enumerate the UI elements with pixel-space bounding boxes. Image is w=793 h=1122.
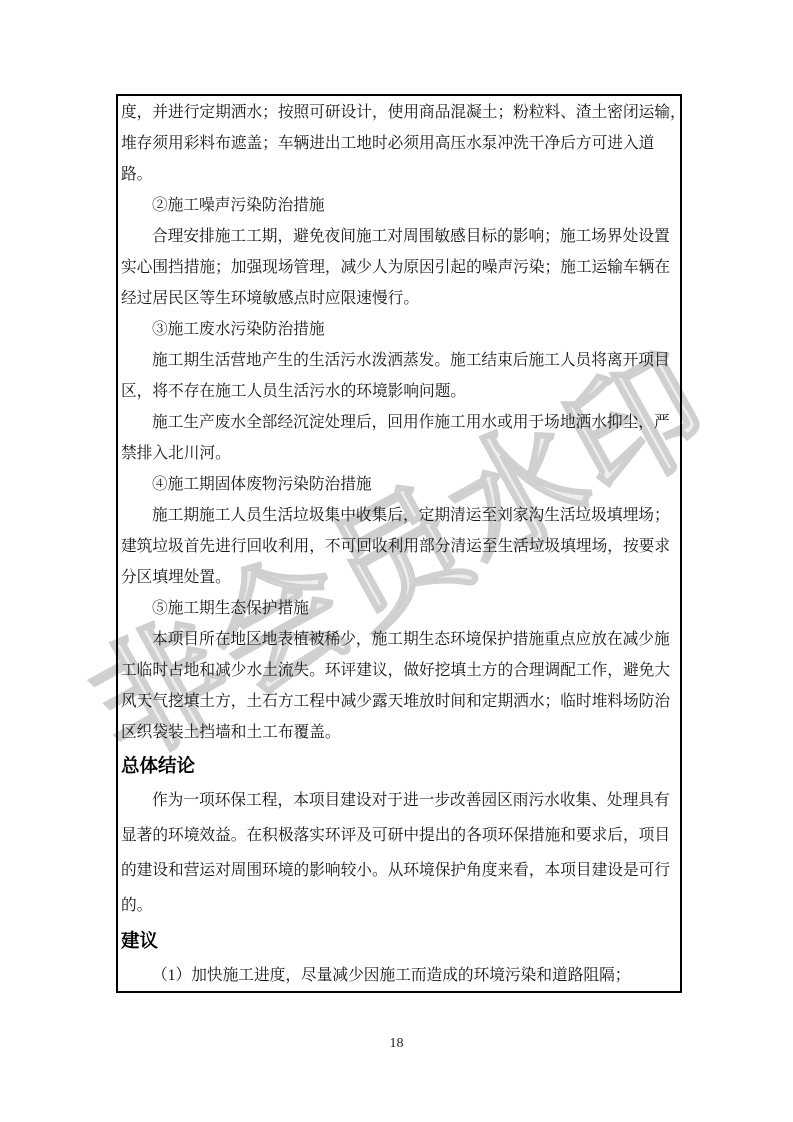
text-line: 区，将不存在施工人员生活污水的环境影响问题。 [121,376,676,407]
page-number: 18 [0,1036,793,1052]
text-line: 显著的环境效益。在积极落实环评及可研中提出的各项环保措施和要求后，项目 [121,818,676,853]
text-line: 建议 [121,923,676,958]
text-line: 施工期施工人员生活垃圾集中收集后，定期清运至刘家沟生活垃圾填埋场； [121,500,676,531]
text-line: ④施工期固体废物污染防治措施 [121,469,676,500]
text-line: （1）加快施工进度，尽量减少因施工而造成的环境污染和道路阻隔； [121,958,676,993]
text-line: 的建设和营运对周围环境的影响较小。从环境保护角度来看，本项目建设是可行 [121,853,676,888]
text-line: 施工生产废水全部经沉淀处理后，回用作施工用水或用于场地洒水抑尘，严 [121,407,676,438]
document-page: 非会员水印 度，并进行定期洒水；按照可研设计，使用商品混凝土；粉粒料、渣土密闭运… [0,0,793,1122]
text-line: ③施工废水污染防治措施 [121,314,676,345]
text-line: 的。 [121,888,676,923]
text-line: 总体结论 [121,748,676,783]
text-line: 合理安排施工工期，避免夜间施工对周围敏感目标的影响；施工场界处设置 [121,221,676,252]
text-line: 风天气挖填土方，土石方工程中减少露天堆放时间和定期洒水；临时堆料场防治 [121,686,676,717]
report-text-cell: 度，并进行定期洒水；按照可研设计，使用商品混凝土；粉粒料、渣土密闭运输，堆存须用… [116,94,682,993]
text-line: ②施工噪声污染防治措施 [121,190,676,221]
text-line: 建筑垃圾首先进行回收利用，不可回收利用部分清运至生活垃圾填埋场，按要求 [121,531,676,562]
text-line: 分区填埋处置。 [121,562,676,593]
text-line: 工临时占地和减少水土流失。环评建议，做好挖填土方的合理调配工作，避免大 [121,655,676,686]
text-line: 经过居民区等生环境敏感点时应限速慢行。 [121,283,676,314]
text-line: 本项目所在地区地表植被稀少，施工期生态环境保护措施重点应放在减少施 [121,624,676,655]
text-line: 禁排入北川河。 [121,438,676,469]
text-line: 实心围挡措施；加强现场管理，减少人为原因引起的噪声污染；施工运输车辆在 [121,252,676,283]
text-line: 区织袋装土挡墙和土工布覆盖。 [121,717,676,748]
text-line: 堆存须用彩料布遮盖；车辆进出工地时必须用高压水泵冲洗干净后方可进入道 [121,128,676,159]
text-line: 施工期生活营地产生的生活污水泼洒蒸发。施工结束后施工人员将离开项目 [121,345,676,376]
text-line: ⑤施工期生态保护措施 [121,593,676,624]
text-line: 作为一项环保工程，本项目建设对于进一步改善园区雨污水收集、处理具有 [121,783,676,818]
text-line: 度，并进行定期洒水；按照可研设计，使用商品混凝土；粉粒料、渣土密闭运输， [121,97,676,128]
text-line: 路。 [121,159,676,190]
